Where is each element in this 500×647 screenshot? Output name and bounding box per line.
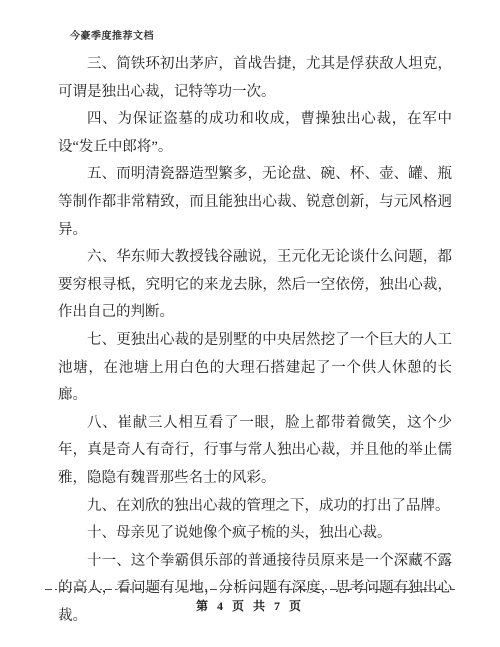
document-body: 三、简铁环初出茅庐，首战告捷，尤其是俘获敌人坦克，可谓是独出心裁，记特等功一次。… <box>58 51 452 630</box>
page-number-label: 第 4 页 共 7 页 <box>0 597 500 614</box>
paragraph-item-6: 六、华东师大教授钱谷融说，王元化无论谈什么问题，都要穷根寻柢，究明它的来龙去脉，… <box>58 244 452 327</box>
paragraph-item-10: 十、母亲见了说她像个疯子梳的头，独出心裁。 <box>58 520 452 548</box>
paragraph-item-4: 四、为保证盗墓的成功和收成，曹操独出心裁，在军中设“发丘中郎将”。 <box>58 106 452 161</box>
paragraph-item-3: 三、简铁环初出茅庐，首战告捷，尤其是俘获敌人坦克，可谓是独出心裁，记特等功一次。 <box>58 51 452 106</box>
paragraph-item-8: 八、崔献三人相互看了一眼，脸上都带着微笑，这个少年，真是奇人有奇行，行事与常人独… <box>58 410 452 493</box>
document-footer: 第 4 页 共 7 页 <box>0 589 500 614</box>
paragraph-item-5: 五、而明清瓷器造型繁多，无论盘、碗、杯、壶、罐、瓶等制作都非常精致，而且能独出心… <box>58 161 452 244</box>
paragraph-item-7: 七、更独出心裁的是别墅的中央居然挖了一个巨大的人工池塘，在池塘上用白色的大理石搭… <box>58 327 452 410</box>
paragraph-item-9: 九、在刘欣的独出心裁的管理之下，成功的打出了品牌。 <box>58 493 452 521</box>
document-header-watermark: 今豪季度推荐文档 <box>70 27 154 42</box>
footer-dash-dot-divider <box>45 589 455 591</box>
document-page: 今豪季度推荐文档 三、简铁环初出茅庐，首战告捷，尤其是俘获敌人坦克，可谓是独出心… <box>0 0 500 647</box>
